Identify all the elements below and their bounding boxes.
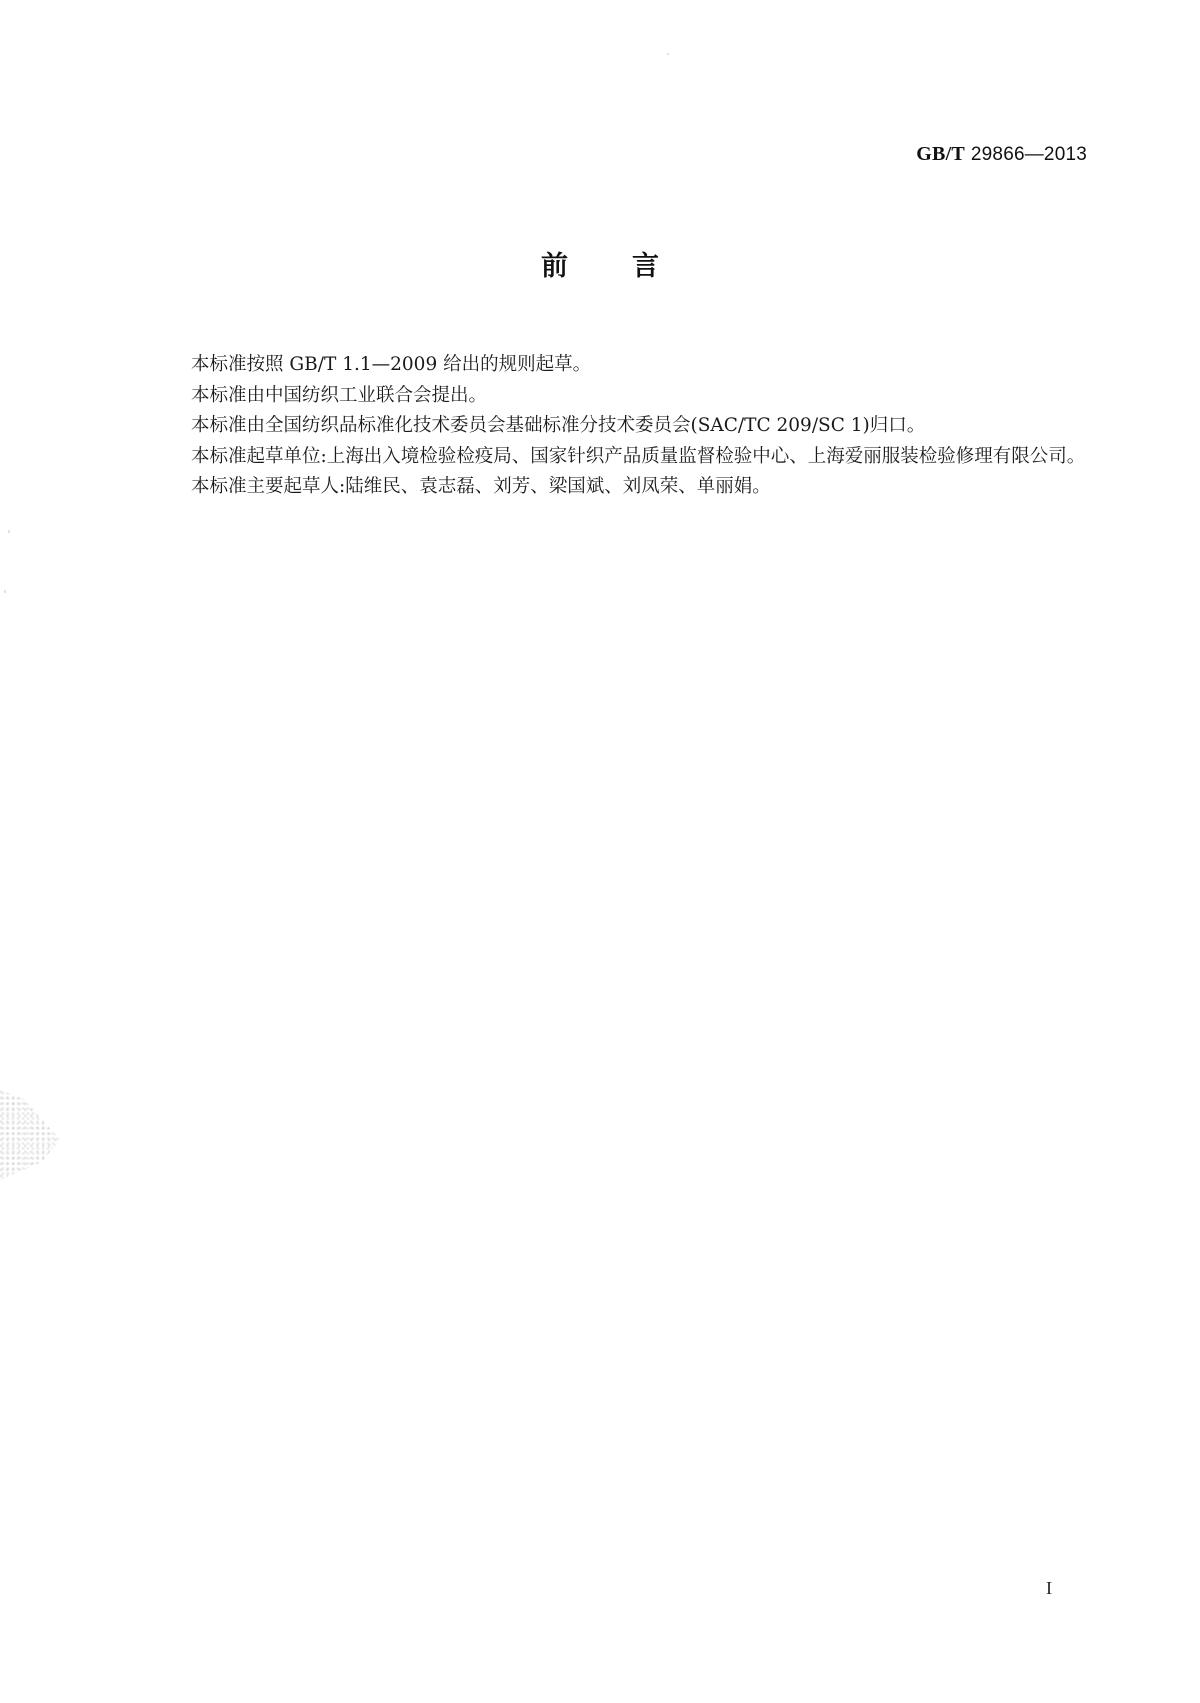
paragraph-drafting-rules: 本标准按照 GB/T 1.1—2009 给出的规则起草。: [150, 350, 1090, 381]
scan-artifact: [4, 590, 6, 593]
page-title: 前言: [0, 244, 1200, 283]
paragraph-technical-committee: 本标准由全国纺织品标准化技术委员会基础标准分技术委员会(SAC/TC 209/S…: [150, 411, 1090, 442]
foreword-body: 本标准按照 GB/T 1.1—2009 给出的规则起草。 本标准由中国纺织工业联…: [150, 350, 1090, 503]
paragraph-drafting-units: 本标准起草单位:上海出入境检验检疫局、国家针织产品质量监督检验中心、上海爱丽服装…: [150, 442, 1090, 473]
document-page: GB/T29866—2013 前言 本标准按照 GB/T 1.1—2009 给出…: [0, 0, 1200, 1703]
standard-code: 29866—2013: [971, 144, 1087, 165]
scan-artifact: [667, 53, 669, 55]
page-number: I: [1046, 1578, 1052, 1599]
standard-number-header: GB/T29866—2013: [916, 143, 1087, 166]
scan-artifact: [8, 530, 10, 533]
paragraph-proposer: 本标准由中国纺织工业联合会提出。: [150, 381, 1090, 412]
standard-prefix: GB/T: [916, 143, 965, 165]
scan-noise-artifact: [0, 1090, 60, 1180]
paragraph-drafters: 本标准主要起草人:陆维民、袁志磊、刘芳、梁国斌、刘凤荣、单丽娟。: [150, 472, 1090, 503]
